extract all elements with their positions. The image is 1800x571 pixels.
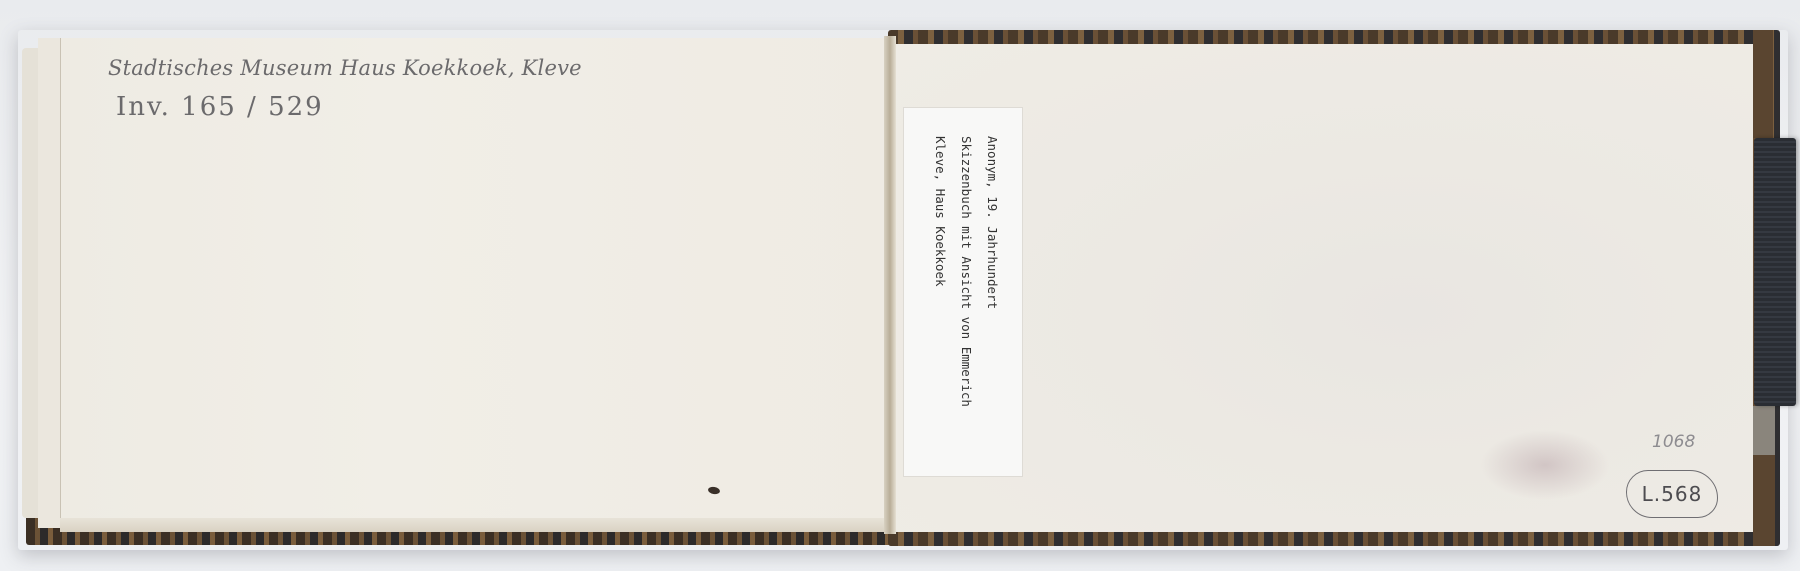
pencil-number: 1068 (1652, 432, 1695, 452)
page-stack-bottom (60, 518, 890, 532)
cover-edge (1753, 30, 1773, 138)
photo-scene: Stadtisches Museum Haus Koekkoek, Kleve … (0, 0, 1800, 571)
label-line-title: Skizzenbuch mit Ansicht von Emmerich (959, 136, 974, 407)
right-page (893, 44, 1753, 532)
label-line-location: Kleve, Haus Koekkoek (933, 136, 948, 287)
museum-label: Anonym, 19. Jahrhundert Skizzenbuch mit … (904, 108, 1022, 476)
collection-stamp: L.568 (1626, 470, 1718, 518)
label-line-artist: Anonym, 19. Jahrhundert (985, 136, 1000, 309)
stamp-text: L.568 (1642, 482, 1703, 506)
museum-inscription: Stadtisches Museum Haus Koekkoek, Kleve (108, 56, 582, 80)
book-gutter (884, 36, 896, 534)
cover-edge (1753, 406, 1775, 546)
leather-clasp (1754, 138, 1796, 406)
pencil-smudge (1480, 430, 1610, 500)
inventory-number: Inv. 165 / 529 (116, 92, 324, 122)
